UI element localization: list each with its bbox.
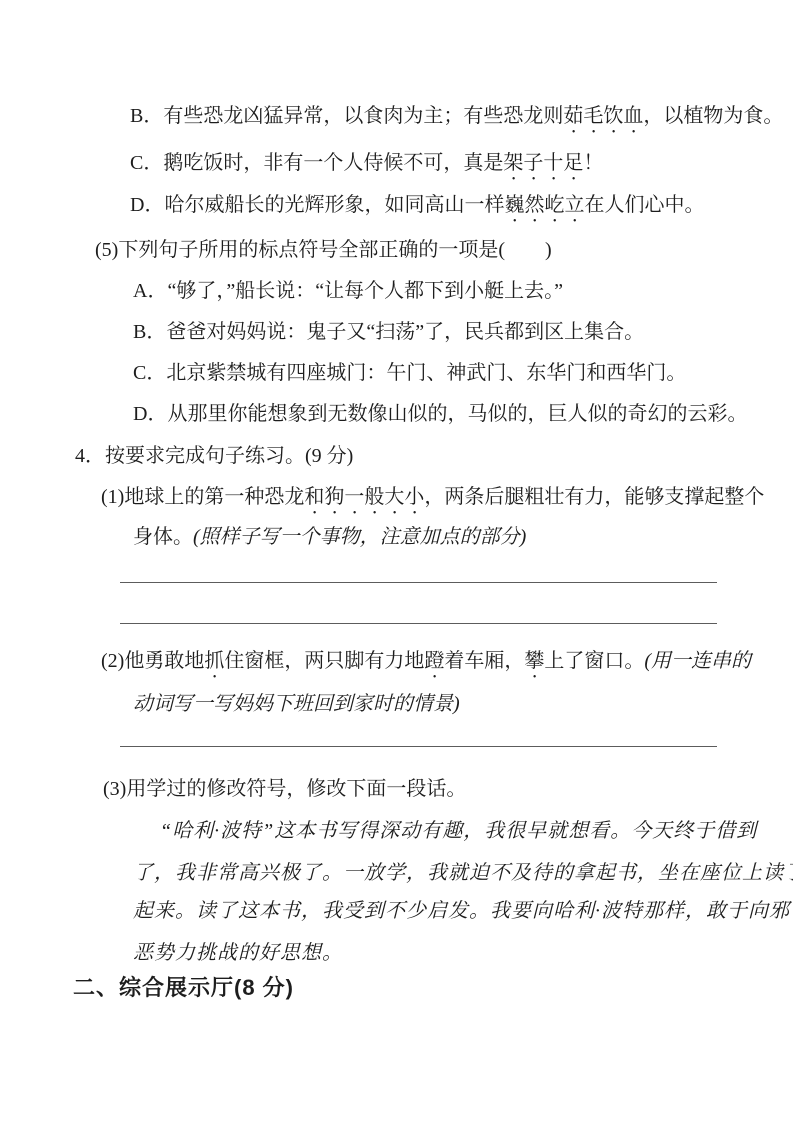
hint-text: (照样子写一个事物，注意加点的部分) xyxy=(193,526,526,548)
q5-option-b: B．爸爸对妈妈说：鬼子又“扫荡”了，民兵都到区上集合。 xyxy=(133,319,644,345)
emphasized-text: 茹毛饮血 xyxy=(563,105,643,127)
q4-sub2-line2: 动词写一写妈妈下班回到家时的情景) xyxy=(133,691,460,717)
emphasized-text: 攀 xyxy=(524,650,544,672)
text-segment: (1)地球上的第一种恐龙 xyxy=(101,486,304,508)
text-segment: C．鹅吃饭时，非有一个人侍候不可，真是 xyxy=(130,152,503,174)
q4-sub3-paragraph-line4: 恶势力挑战的好思想。 xyxy=(133,940,343,966)
text-segment: 在人们心中。 xyxy=(584,194,704,216)
text-segment: 住窗框，两只脚有力地 xyxy=(224,650,424,672)
text-segment: 着车厢， xyxy=(444,650,524,672)
emphasized-text: 蹬 xyxy=(424,650,444,672)
q5-option-d: D．从那里你能想象到无数像山似的，马似的，巨人似的奇幻的云彩。 xyxy=(133,401,747,427)
text-segment: ，以植物为食。 xyxy=(643,105,783,127)
q5-option-c: C．北京紫禁城有四座城门：午门、神武门、东华门和西华门。 xyxy=(133,360,686,386)
option-b-row: B．有些恐龙凶猛异常，以食肉为主；有些恐龙则茹毛饮血，以植物为食。 xyxy=(130,103,783,138)
option-c-row: C．鹅吃饭时，非有一个人侍候不可，真是架子十足！ xyxy=(130,150,603,185)
q4-sub1-line2: 身体。(照样子写一个事物，注意加点的部分) xyxy=(133,524,526,550)
answer-blank-1 xyxy=(120,582,717,583)
hint-text: (用一连串的 xyxy=(644,650,751,672)
text-segment: 身体。 xyxy=(133,526,193,548)
hint-text: 动词写一写妈妈下班回到家时的情景) xyxy=(133,693,460,715)
text-segment: ！ xyxy=(583,152,603,174)
answer-blank-3 xyxy=(120,746,717,747)
question-5-stem: (5)下列句子所用的标点符号全部正确的一项是( ) xyxy=(95,237,552,263)
text-segment: B．有些恐龙凶猛异常，以食肉为主；有些恐龙则 xyxy=(130,105,563,127)
q4-sub1-line1: (1)地球上的第一种恐龙和狗一般大小，两条后腿粗壮有力，能够支撑起整个 xyxy=(101,484,764,519)
option-d-row: D．哈尔威船长的光辉形象，如同高山一样巍然屹立在人们心中。 xyxy=(130,192,704,227)
text-segment: D．哈尔威船长的光辉形象，如同高山一样 xyxy=(130,194,504,216)
q4-sub3-paragraph-line1: “哈利·波特”这本书写得深动有趣，我很早就想看。今天终于借到 xyxy=(160,818,757,844)
question-4-title: 4．按要求完成句子练习。(9 分) xyxy=(75,443,353,469)
text-segment: 上了窗口。 xyxy=(544,650,644,672)
q4-sub2-line1: (2)他勇敢地抓住窗框，两只脚有力地蹬着车厢，攀上了窗口。(用一连串的 xyxy=(101,648,751,683)
q4-sub3-paragraph-line3: 起来。读了这本书，我受到不少启发。我要向哈利·波特那样，敢于向邪 xyxy=(133,898,790,924)
section-2-header: 二、综合展示厅(8 分) xyxy=(73,975,294,1001)
q5-option-a: A．“够了，”船长说：“让每个人都下到小艇上去。” xyxy=(133,278,563,304)
text-segment: (2)他勇敢地 xyxy=(101,650,204,672)
exam-page: B．有些恐龙凶猛异常，以食肉为主；有些恐龙则茹毛饮血，以植物为食。 C．鹅吃饭时… xyxy=(0,0,793,1122)
answer-blank-2 xyxy=(120,623,717,624)
q4-sub3-title: (3)用学过的修改符号，修改下面一段话。 xyxy=(103,776,466,802)
q4-sub3-paragraph-line2: 了，我非常高兴极了。一放学，我就迫不及待的拿起书，坐在座位上读了 xyxy=(133,860,793,886)
emphasized-text: 和狗一般大小 xyxy=(304,486,424,508)
emphasized-text: 巍然屹立 xyxy=(504,194,584,216)
emphasized-text: 抓 xyxy=(204,650,224,672)
emphasized-text: 架子十足 xyxy=(503,152,583,174)
text-segment: ，两条后腿粗壮有力，能够支撑起整个 xyxy=(424,486,764,508)
